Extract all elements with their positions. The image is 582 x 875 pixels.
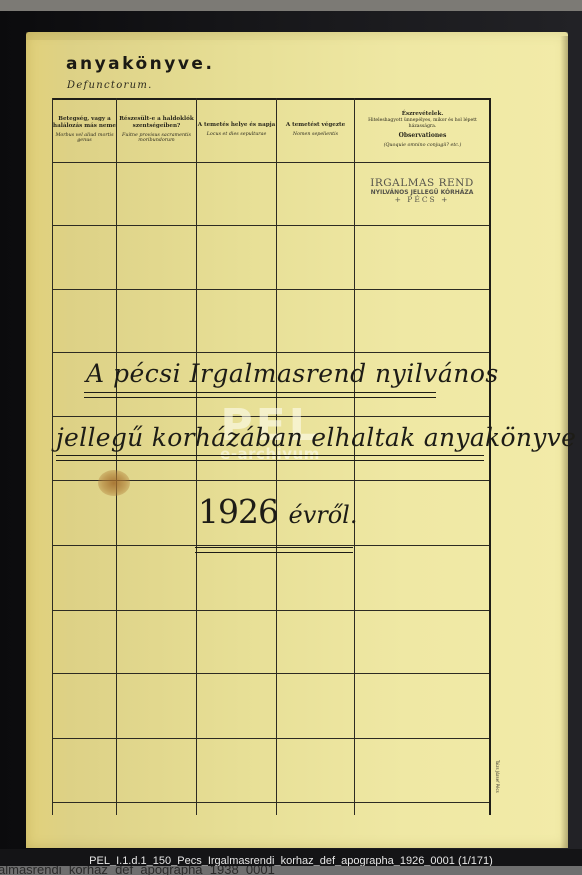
grid-line xyxy=(52,610,490,611)
stamp-line: + PÉCS + xyxy=(358,196,486,204)
next-image-strip[interactable]: almasrendi_korhaz_def_apographa_1938_000… xyxy=(0,866,582,875)
hospital-stamp: IRGALMAS REND NYILVÁNOS JELLEGŰ KÓRHÁZA … xyxy=(358,178,486,204)
page-top-edge xyxy=(26,32,568,40)
grid-line xyxy=(52,545,490,546)
top-strip xyxy=(0,0,582,11)
document-subtitle: Defunctorum. xyxy=(67,80,153,91)
handwriting-underline xyxy=(84,392,436,398)
stamp-line: IRGALMAS REND xyxy=(358,178,486,190)
grid-line xyxy=(52,98,490,100)
handwritten-line-3: 1926 évről. xyxy=(198,492,357,531)
printer-mark: Taizs József Pécs xyxy=(488,760,500,815)
document-title: anyakönyve. xyxy=(66,54,214,74)
grid-line xyxy=(52,225,490,226)
grid-line xyxy=(52,98,53,815)
grid-line xyxy=(52,162,490,163)
handwriting-underline xyxy=(195,547,353,553)
grid-line xyxy=(489,98,491,815)
next-image-caption: almasrendi_korhaz_def_apographa_1938_000… xyxy=(0,866,275,875)
grid-line xyxy=(52,738,490,739)
grid-line xyxy=(52,673,490,674)
handwritten-line-2: jellegű korházában elhaltak anyakönyve a… xyxy=(56,423,582,452)
handwriting-underline xyxy=(56,455,484,461)
image-caption-bar: PEL_I.1.d.1_150_Pecs_Irgalmasrendi_korha… xyxy=(0,849,582,866)
year: 1926 xyxy=(198,492,278,531)
grid-line xyxy=(52,289,490,290)
year-suffix: évről. xyxy=(288,501,357,529)
grid-line xyxy=(52,352,490,353)
grid-line xyxy=(52,802,490,803)
handwritten-line-1: A pécsi Irgalmasrend nyilvános xyxy=(86,359,499,388)
paper-stain xyxy=(98,470,130,496)
